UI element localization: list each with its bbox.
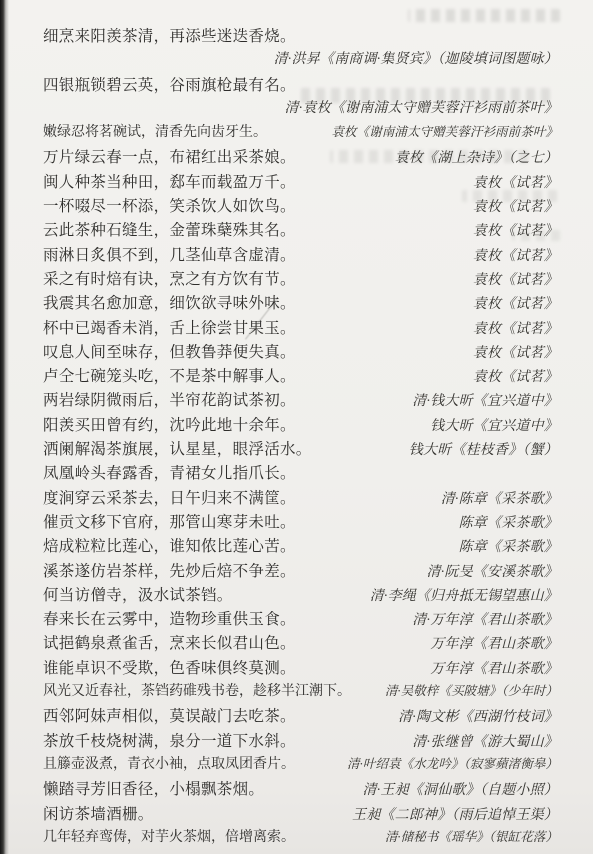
poem-row: 清·袁枚《谢南浦太守赠芙蓉汗衫雨前茶叶》 [0,97,593,121]
poem-row: 懒踏寻芳旧香径，小榻飘茶烟。 清·王昶《洞仙歌》（自题小照） [0,777,593,801]
attribution-text: 清·李绳《归舟抵无锡望惠山》 [370,585,558,605]
poem-text: 闽人种茶当种田，郄车而载盈万千。 [43,170,296,192]
poem-row: 叹息人间至味存，但教鲁莽便失真。 袁枚《试茗》 [0,340,593,364]
poem-text: 云此茶种石缝生，金蕾珠蘖殊其名。 [43,218,296,240]
poem-row: 万片绿云春一点，布裙红出采茶娘。 袁枚《湖上杂诗》（之七） [0,145,593,169]
poem-text: 试挹鹤泉煮雀舌，烹来长似君山色。 [43,631,296,653]
poem-row: 焙成粒粒比莲心，谁知侬比莲心苦。 陈章《采茶歌》 [0,534,593,558]
attribution-text: 清·袁枚《谢南浦太守赠芙蓉汗衫雨前茶叶》 [285,97,559,117]
attribution-text: 袁枚《湖上杂诗》（之七） [395,147,558,167]
poem-text: 谁能卓识不受欺，色香味俱终莫测。 [43,656,296,678]
poem-row: 阳羡买田曾有约，沈吟此地十余年。 钱大昕《宜兴道中》 [0,413,593,437]
poem-row: 凤凰岭头春露香，青裙女儿指爪长。 [0,461,593,485]
poem-text: 且籐壶汲煮，青衣小袖，点取凤团香片。 [43,753,295,773]
attribution-text: 袁枚《试茗》 [473,269,558,289]
poem-text: 四银瓶锁碧云英，谷雨旗枪最有名。 [43,73,296,95]
poem-text: 采之有时焙有诀，烹之有方饮有节。 [43,267,296,289]
attribution-text: 袁枚《试茗》 [473,172,558,192]
attribution-text: 袁枚《试茗》 [473,318,558,338]
attribution-text: 清·陈章《采茶歌》 [441,488,558,508]
attribution-text: 王昶《二郎神》（雨后追悼王渠） [352,804,558,824]
poem-text: 度涧穿云采茶去，日午归来不满筐。 [43,486,296,508]
attribution-text: 清·钱大昕《宜兴道中》 [412,390,558,410]
poem-row: 春来长在云雾中，造物珍重供玉食。 清·万年淳《君山茶歌》 [0,607,593,631]
attribution-text: 钱大昕《宜兴道中》 [430,415,558,435]
poem-text: 阳羡买田曾有约，沈吟此地十余年。 [43,413,296,435]
attribution-text: 袁枚《试茗》 [473,245,558,265]
poem-row: 我震其名愈加意，细饮欲寻味外味。 袁枚《试茗》 [0,291,593,315]
poem-text: 闲访茶墙酒栅。 [43,802,154,824]
attribution-text: 清·阮旻《安溪茶歌》 [427,561,559,581]
poem-text: 我震其名愈加意，细饮欲寻味外味。 [43,291,296,313]
poem-text: 春来长在云雾中，造物珍重供玉食。 [43,607,296,629]
poem-row: 闽人种茶当种田，郄车而载盈万千。 袁枚《试茗》 [0,170,593,194]
attribution-text: 钱大昕《桂枝香》（蟹） [409,439,558,459]
attribution-text: 清·吴敬梓《买陂塘》（少年时） [385,680,558,699]
attribution-text: 清·叶绍袁《水龙吟》（寂寥蘋渚衡皋） [347,753,558,772]
poem-row: 两岩绿阴微雨后，半帘花韵试茶初。 清·钱大昕《宜兴道中》 [0,388,593,412]
poem-text: 凤凰岭头春露香，青裙女儿指爪长。 [43,461,296,483]
poem-row: 闲访茶墙酒栅。 王昶《二郎神》（雨后追悼王渠） [0,802,593,826]
poem-text: 何当访僧寺，汲水试茶铛。 [43,583,233,605]
poem-text: 几年轻弃鸾俦，对芋火茶烟，倍增离索。 [43,826,295,846]
poem-list: 细烹来阳羡茶清，再添些迷迭香烧。 清·洪昇《南商调·集贤宾》（迦陵填词图题咏） … [0,0,593,850]
attribution-text: 袁枚《谢南浦太守赠芙蓉汗衫雨前茶叶》 [331,121,558,140]
poem-row: 卢仝七碗笼头吃，不是茶中解事人。 袁枚《试茗》 [0,364,593,388]
poem-row: 西邻阿妹声相似，莫误敲门去吃茶。 清·陶文彬《西湖竹枝词》 [0,704,593,728]
attribution-text: 万年淳《君山茶歌》 [430,658,558,678]
poem-text: 懒踏寻芳旧香径，小榻飘茶烟。 [43,777,264,799]
poem-row: 溪茶遂仿岩茶样，先炒后焙不争差。 清·阮旻《安溪茶歌》 [0,559,593,583]
poem-row: 采之有时焙有诀，烹之有方饮有节。 袁枚《试茗》 [0,267,593,291]
poem-row: 杯中已竭香未消，舌上徐尝甘果玉。 袁枚《试茗》 [0,316,593,340]
poem-text: 洒阑解渴茶旗展，认星星，眼浮活水。 [43,437,312,459]
poem-text: 雨淋日炙俱不到，几茎仙草含虚清。 [43,243,296,265]
poem-row: 洒阑解渴茶旗展，认星星，眼浮活水。 钱大昕《桂枝香》（蟹） [0,437,593,461]
poem-row: 试挹鹤泉煮雀舌，烹来长似君山色。 万年淳《君山茶歌》 [0,631,593,655]
attribution-text: 陈章《采茶歌》 [459,512,558,532]
poem-text: 两岩绿阴微雨后，半帘花韵试茶初。 [43,388,296,410]
poem-row: 风光又近春社，茶铛药碓残书卷，趁移半江潮下。 清·吴敬梓《买陂塘》（少年时） [0,680,593,704]
poem-row: 云此茶种石缝生，金蕾珠蘖殊其名。 袁枚《试茗》 [0,218,593,242]
attribution-text: 万年淳《君山茶歌》 [430,633,558,653]
poem-row: 且籐壶汲煮，青衣小袖，点取凤团香片。 清·叶绍袁《水龙吟》（寂寥蘋渚衡皋） [0,753,593,777]
poem-text: 风光又近春社，茶铛药碓残书卷，趁移半江潮下。 [43,680,351,700]
poem-row: 度涧穿云采茶去，日午归来不满筐。 清·陈章《采茶歌》 [0,486,593,510]
poem-text: 杯中已竭香未消，舌上徐尝甘果玉。 [43,316,296,338]
poem-row: 催贡文移下官府，那管山寒芽未吐。 陈章《采茶歌》 [0,510,593,534]
poem-text: 嫩绿忍将茗碗试，清香先向齿牙生。 [43,121,267,141]
attribution-text: 清·储秘书《瑶华》（银缸花落） [385,826,558,845]
poem-text: 茶放千枝烧树满，泉分一道下水斜。 [43,729,296,751]
poem-row: 四银瓶锁碧云英，谷雨旗枪最有名。 [0,73,593,97]
attribution-text: 清·王昶《洞仙歌》（自题小照） [363,779,559,799]
poem-row: 清·洪昇《南商调·集贤宾》（迦陵填词图题咏） [0,48,593,72]
poem-text: 叹息人间至味存，但教鲁莽便失真。 [43,340,296,362]
poem-text: 卢仝七碗笼头吃，不是茶中解事人。 [43,364,296,386]
poem-row: 茶放千枝烧树满，泉分一道下水斜。 清·张继曾《游大蜀山》 [0,729,593,753]
poem-text: 催贡文移下官府，那管山寒芽未吐。 [43,510,296,532]
poem-row: 雨淋日炙俱不到，几茎仙草含虚清。 袁枚《试茗》 [0,243,593,267]
attribution-text: 清·洪昇《南商调·集贤宾》（迦陵填词图题咏） [274,48,558,68]
poem-row: 细烹来阳羡茶清，再添些迷迭香烧。 [0,24,593,48]
attribution-text: 袁枚《试茗》 [473,342,558,362]
poem-row: 嫩绿忍将茗碗试，清香先向齿牙生。 袁枚《谢南浦太守赠芙蓉汗衫雨前茶叶》 [0,121,593,145]
attribution-text: 袁枚《试茗》 [473,293,558,313]
attribution-text: 袁枚《试茗》 [473,220,558,240]
scanned-book-page: 细烹来阳羡茶清，再添些迷迭香烧。 清·洪昇《南商调·集贤宾》（迦陵填词图题咏） … [0,0,593,854]
attribution-text: 清·陶文彬《西湖竹枝词》 [398,706,558,726]
poem-text: 溪茶遂仿岩茶样，先炒后焙不争差。 [43,559,296,581]
poem-text: 万片绿云春一点，布裙红出采茶娘。 [43,145,296,167]
poem-text: 一杯啜尽一杯添，笑杀饮人如饮鸟。 [43,194,296,216]
attribution-text: 清·张继曾《游大蜀山》 [412,731,558,751]
poem-row: 谁能卓识不受欺，色香味俱终莫测。 万年淳《君山茶歌》 [0,656,593,680]
poem-text: 细烹来阳羡茶清，再添些迷迭香烧。 [43,24,296,46]
poem-row: 何当访僧寺，汲水试茶铛。 清·李绳《归舟抵无锡望惠山》 [0,583,593,607]
poem-text: 西邻阿妹声相似，莫误敲门去吃茶。 [43,704,296,726]
attribution-text: 清·万年淳《君山茶歌》 [412,609,558,629]
attribution-text: 袁枚《试茗》 [473,196,558,216]
poem-text: 焙成粒粒比莲心，谁知侬比莲心苦。 [43,534,296,556]
attribution-text: 袁枚《试茗》 [473,366,558,386]
poem-row: 一杯啜尽一杯添，笑杀饮人如饮鸟。 袁枚《试茗》 [0,194,593,218]
attribution-text: 陈章《采茶歌》 [459,536,558,556]
poem-row: 几年轻弃鸾俦，对芋火茶烟，倍增离索。 清·储秘书《瑶华》（银缸花落） [0,826,593,850]
